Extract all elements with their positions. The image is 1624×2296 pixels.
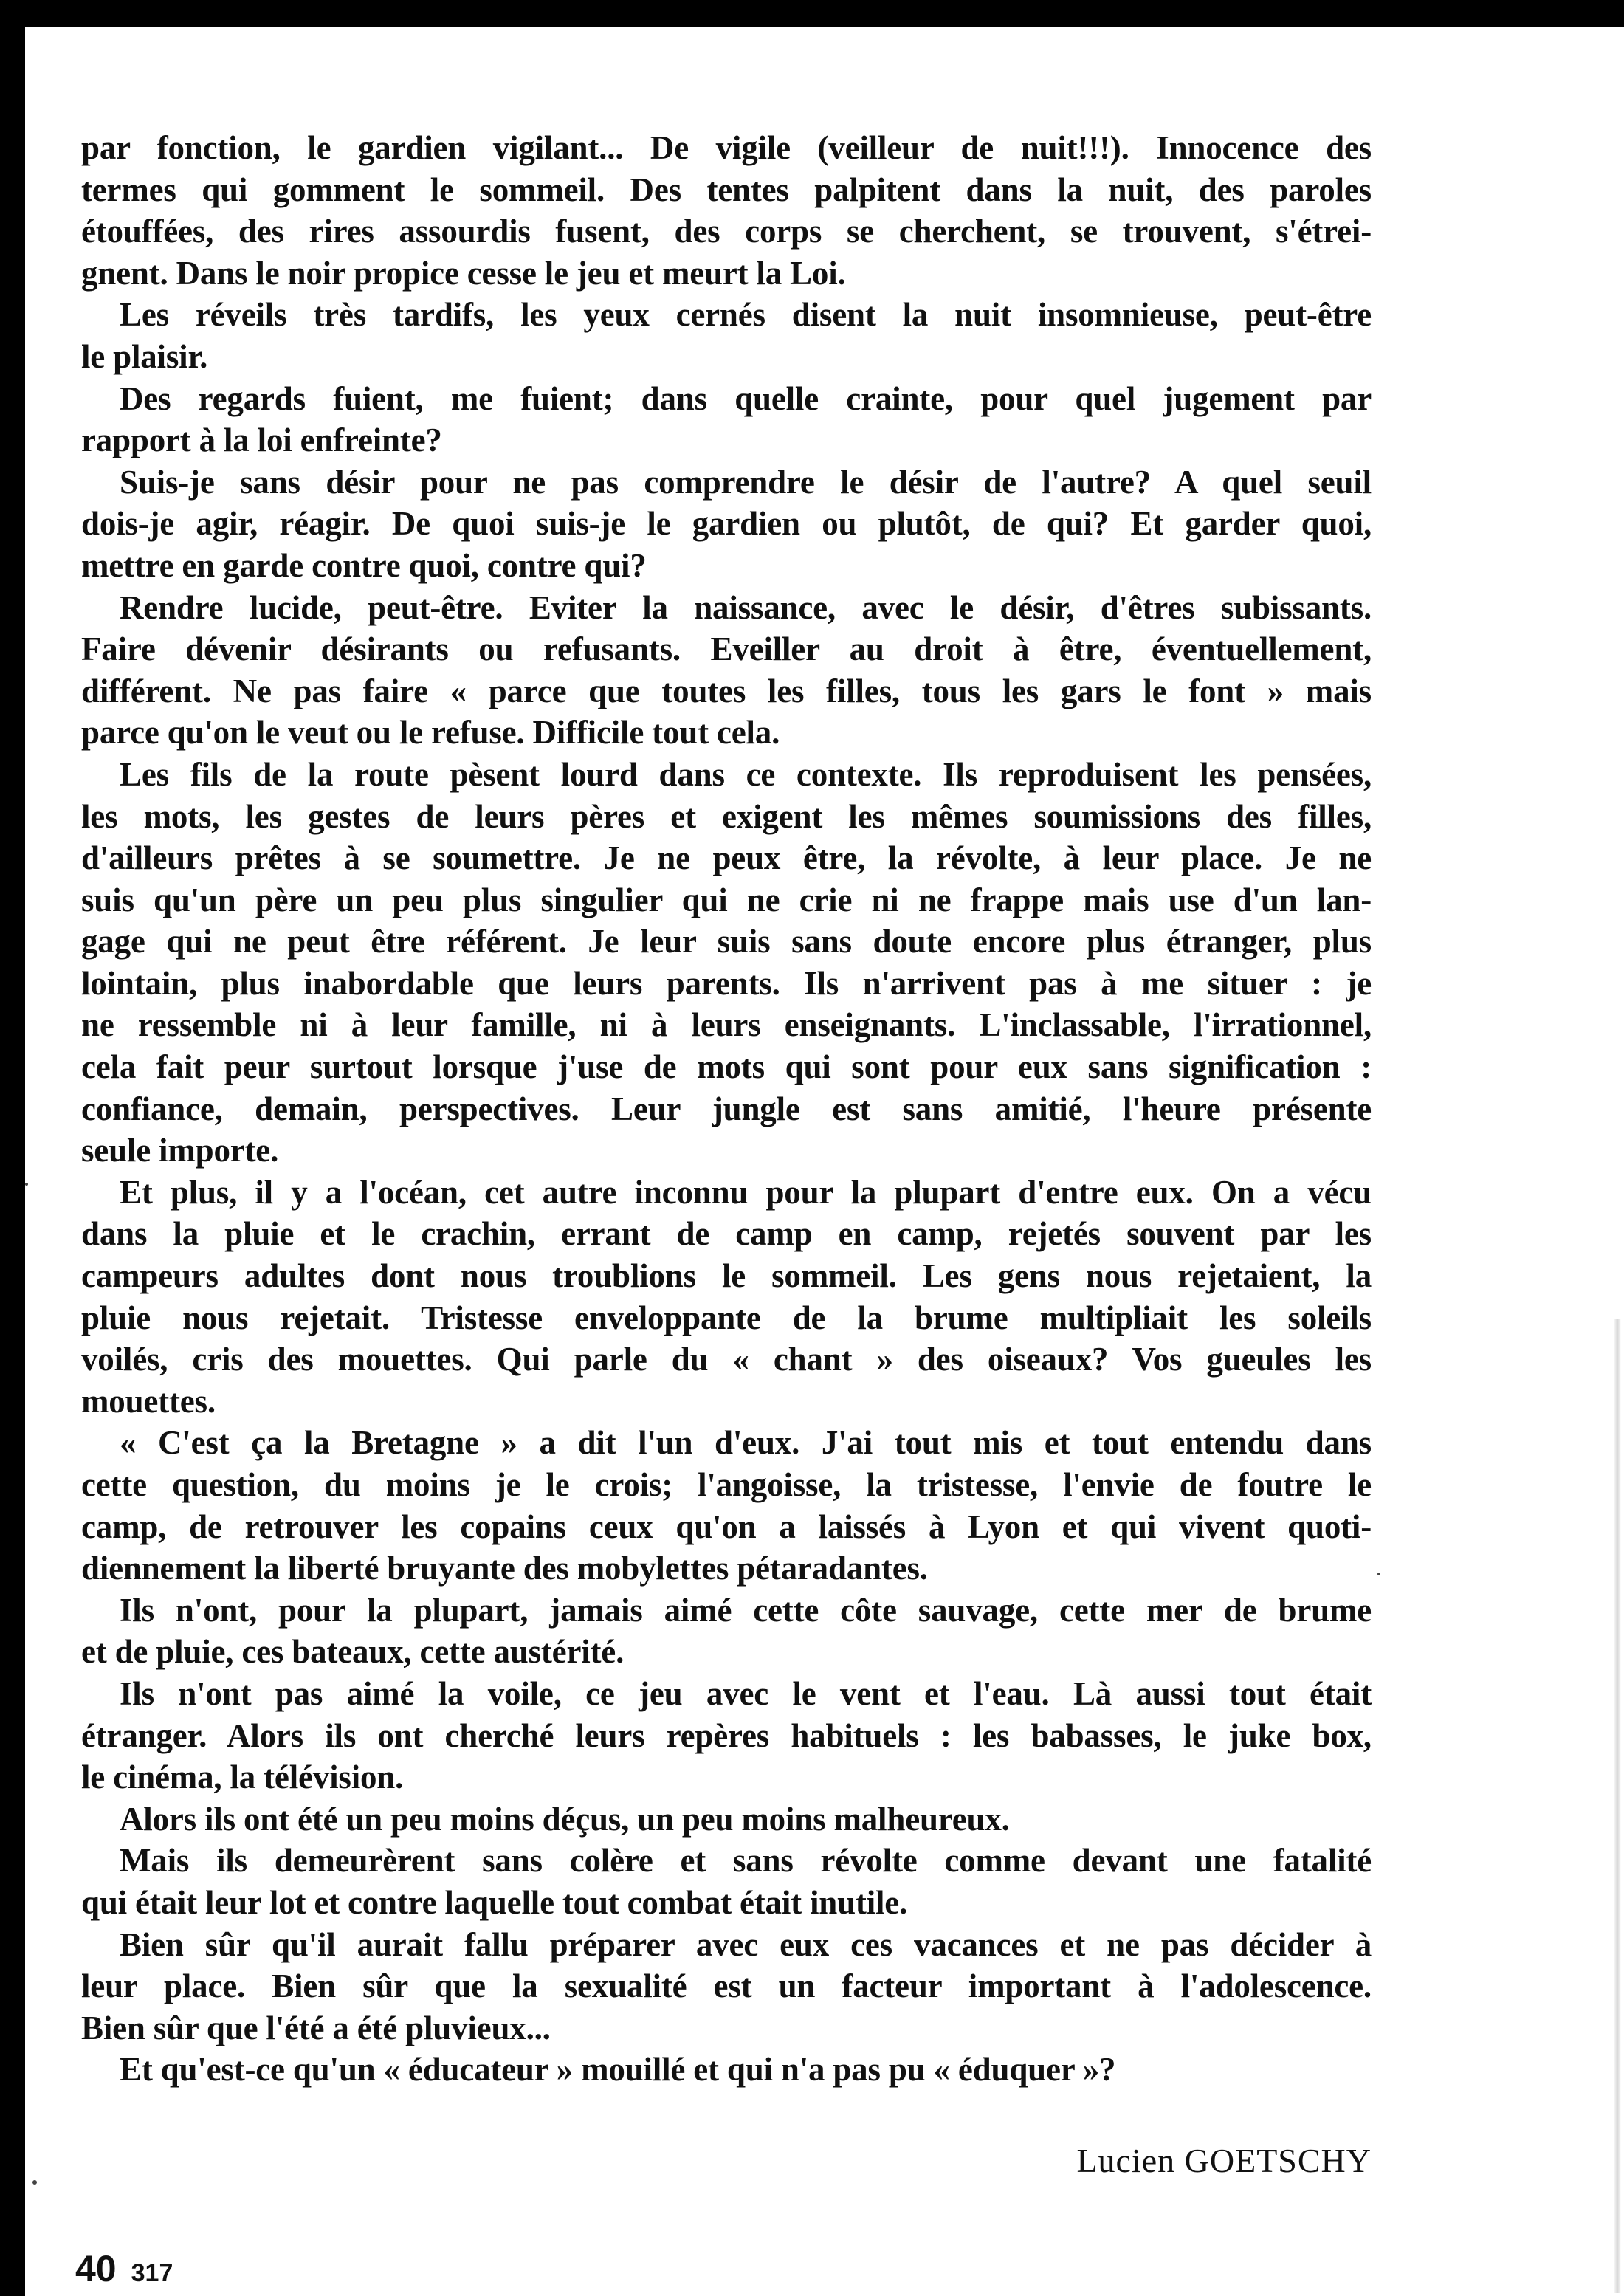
text-line: leur place. Bien sûr que la sexualité es… — [81, 1965, 1372, 2007]
text-line: Et plus, il y a l'océan, cet autre incon… — [81, 1172, 1372, 1214]
text-line: Ils n'ont, pour la plupart, jamais aimé … — [81, 1589, 1372, 1632]
scan-speck — [32, 2180, 37, 2185]
text-line: Rendre lucide, peut-être. Eviter la nais… — [81, 587, 1372, 629]
text-line: Mais ils demeurèrent sans colère et sans… — [81, 1840, 1372, 1882]
text-line: camp, de retrouver les copains ceux qu'o… — [81, 1506, 1372, 1548]
text-line: et de pluie, ces bateaux, cette austérit… — [81, 1631, 1372, 1673]
text-line: Les fils de la route pèsent lourd dans c… — [81, 754, 1372, 796]
text-line: lointain, plus inabordable que leurs par… — [81, 963, 1372, 1005]
scan-speck — [25, 1183, 28, 1186]
text-line: parce qu'on le veut ou le refuse. Diffic… — [81, 712, 1372, 754]
text-line: « C'est ça la Bretagne » a dit l'un d'eu… — [81, 1422, 1372, 1464]
scan-edge-noise — [1614, 1319, 1621, 2293]
text-line: le cinéma, la télévision. — [81, 1756, 1372, 1798]
text-line: le plaisir. — [81, 336, 1372, 378]
text-line: termes qui gomment le sommeil. Des tente… — [81, 169, 1372, 211]
text-line: gage qui ne peut être référent. Je leur … — [81, 921, 1372, 963]
text-line: Des regards fuient, me fuient; dans quel… — [81, 378, 1372, 420]
text-line: Et qu'est-ce qu'un « éducateur » mouillé… — [81, 2049, 1372, 2091]
paragraph: Bien sûr qu'il aurait fallu préparer ave… — [81, 1924, 1372, 2049]
paragraph: Les fils de la route pèsent lourd dans c… — [81, 754, 1372, 1172]
paragraph: Mais ils demeurèrent sans colère et sans… — [81, 1840, 1372, 1923]
text-line: mettre en garde contre quoi, contre qui? — [81, 545, 1372, 587]
text-line: cela fait peur surtout lorsque j'use de … — [81, 1046, 1372, 1088]
paragraph: Et qu'est-ce qu'un « éducateur » mouillé… — [81, 2049, 1372, 2091]
text-line: voilés, cris des mouettes. Qui parle du … — [81, 1338, 1372, 1381]
text-line: cette question, du moins je le crois; l'… — [81, 1464, 1372, 1506]
text-line: diennement la liberté bruyante des mobyl… — [81, 1547, 1372, 1589]
text-line: seule importe. — [81, 1130, 1372, 1172]
paragraph: Et plus, il y a l'océan, cet autre incon… — [81, 1172, 1372, 1423]
paragraph: Les réveils très tardifs, les yeux cerné… — [81, 294, 1372, 377]
text-line: qui était leur lot et contre laquelle to… — [81, 1882, 1372, 1924]
issue-number: 317 — [131, 2259, 173, 2287]
page-number: 40 — [75, 2248, 117, 2289]
text-line: mouettes. — [81, 1381, 1372, 1423]
text-line: pluie nous rejetait. Tristesse enveloppa… — [81, 1297, 1372, 1339]
paragraph: Alors ils ont été un peu moins déçus, un… — [81, 1798, 1372, 1840]
paragraph: « C'est ça la Bretagne » a dit l'un d'eu… — [81, 1422, 1372, 1589]
text-line: Ils n'ont pas aimé la voile, ce jeu avec… — [81, 1673, 1372, 1715]
paragraph: par fonction, le gardien vigilant... De … — [81, 127, 1372, 294]
text-line: les mots, les gestes de leurs pères et e… — [81, 796, 1372, 838]
paragraph: Rendre lucide, peut-être. Eviter la nais… — [81, 587, 1372, 754]
text-line: ne ressemble ni à leur famille, ni à leu… — [81, 1004, 1372, 1046]
text-line: Bien sûr qu'il aurait fallu préparer ave… — [81, 1924, 1372, 1966]
text-line: d'ailleurs prêtes à se soumettre. Je ne … — [81, 837, 1372, 879]
text-line: rapport à la loi enfreinte? — [81, 419, 1372, 461]
text-line: Alors ils ont été un peu moins déçus, un… — [81, 1798, 1372, 1840]
text-line: étranger. Alors ils ont cherché leurs re… — [81, 1715, 1372, 1757]
paragraph: Ils n'ont pas aimé la voile, ce jeu avec… — [81, 1673, 1372, 1798]
scan-speck — [1377, 1573, 1380, 1575]
text-line: Bien sûr que l'été a été pluvieux... — [81, 2007, 1372, 2049]
text-line: étouffées, des rires assourdis fusent, d… — [81, 210, 1372, 252]
text-line: différent. Ne pas faire « parce que tout… — [81, 670, 1372, 712]
text-line: suis qu'un père un peu plus singulier qu… — [81, 879, 1372, 921]
text-line: par fonction, le gardien vigilant... De … — [81, 127, 1372, 169]
paragraph: Ils n'ont, pour la plupart, jamais aimé … — [81, 1589, 1372, 1673]
text-line: confiance, demain, perspectives. Leur ju… — [81, 1088, 1372, 1130]
text-line: gnent. Dans le noir propice cesse le jeu… — [81, 252, 1372, 295]
text-line: Les réveils très tardifs, les yeux cerné… — [81, 294, 1372, 336]
text-line: Faire dévenir désirants ou refusants. Ev… — [81, 628, 1372, 670]
text-line: Suis-je sans désir pour ne pas comprendr… — [81, 461, 1372, 503]
scanned-page: par fonction, le gardien vigilant... De … — [25, 27, 1624, 2296]
page-folio: 40317 — [75, 2247, 173, 2290]
paragraph: Suis-je sans désir pour ne pas comprendr… — [81, 461, 1372, 587]
text-line: campeurs adultes dont nous troublions le… — [81, 1255, 1372, 1297]
paragraph: Des regards fuient, me fuient; dans quel… — [81, 378, 1372, 461]
text-line: dans la pluie et le crachin, errant de c… — [81, 1213, 1372, 1255]
text-line: dois-je agir, réagir. De quoi suis-je le… — [81, 503, 1372, 545]
author-signature: Lucien GOETSCHY — [1020, 2141, 1372, 2180]
article-body: par fonction, le gardien vigilant... De … — [81, 127, 1372, 2091]
